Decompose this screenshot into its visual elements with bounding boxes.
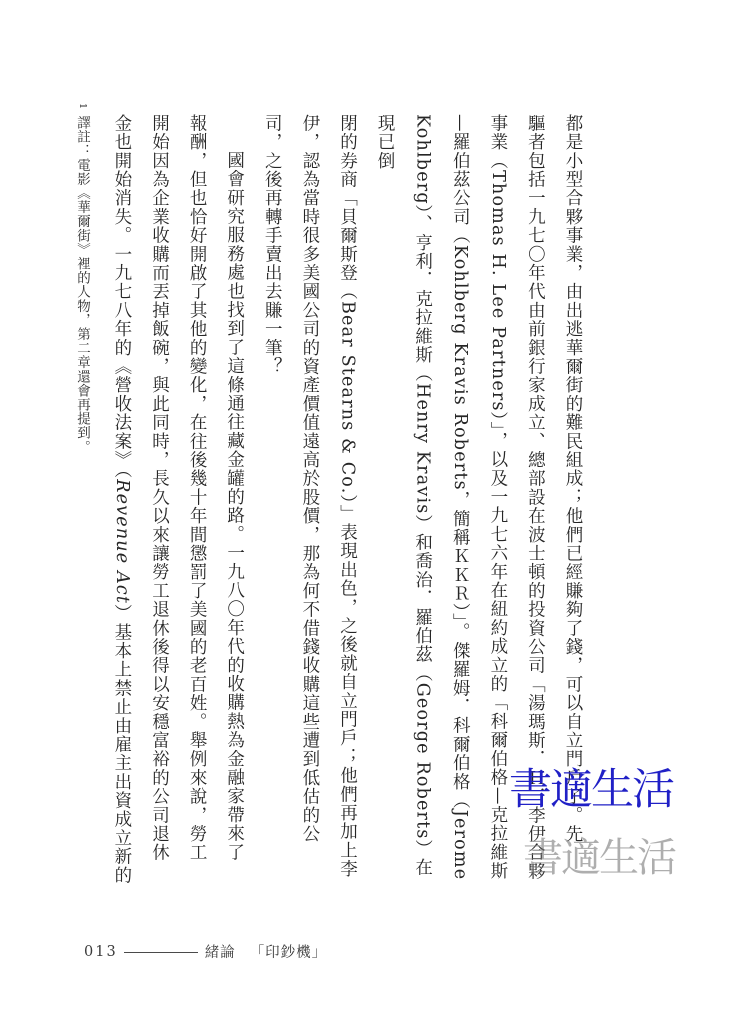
text-column: 事業（Thomas H. Lee Partners）」，以及一九七六年在紐約成立… (478, 114, 516, 889)
text-column: 驅者包括一九七〇年代由前銀行家成立、總部設在波士頓的投資公司「湯瑪斯．Ｈ．李伊合… (516, 114, 554, 889)
footer-rule (124, 952, 198, 953)
text-run: 報酬，但也恰好開啟了其他的變化，在往後幾十年間懲罰了美國的老百姓。舉例來說，勞工 (187, 114, 207, 862)
text-column: 司，之後再轉手賣出去賺一筆？ (253, 114, 291, 889)
text-run: 驅者包括一九七〇年代由前銀行家成立、總部設在波士頓的投資公司「湯瑪斯．Ｈ．李伊合… (525, 114, 545, 881)
text-column: 伊，認為當時很多美國公司的資產價值遠高於股價，那為何不借錢收購這些遭到低估的公 (290, 114, 328, 889)
footnote-text: 譯註：電影《華爾街》裡的人物，第二章還會再提到。 (74, 116, 90, 454)
text-run: 事業（Thomas H. Lee Partners）」，以及一九七六年在紐約成立… (488, 114, 508, 880)
page-number: 013 (84, 944, 118, 960)
text-column: 金也開始消失。一九七八年的《營收法案》（Revenue Act）基本上禁止由雇主… (102, 114, 140, 889)
text-run: Kohlberg）、亨利．克拉維斯（Henry Kravis）和喬治．羅伯茲（G… (375, 114, 433, 877)
text-run: 都是小型合夥事業，由出逃華爾街的難民組成；他們已經賺夠了錢，可以自立門戶了。先 (563, 114, 583, 843)
text-run: 伊，認為當時很多美國公司的資產價值遠高於股價，那為何不借錢收購這些遭到低估的公 (300, 114, 320, 843)
text-run: ）基本上禁止由雇主出資成立新的 (112, 604, 132, 885)
text-column: —羅伯茲公司（Kohlberg Kravis Roberts，簡稱ＫＫＲ）」。傑… (441, 114, 479, 889)
text-column: Kohlberg）、亨利．克拉維斯（Henry Kravis）和喬治．羅伯茲（G… (365, 114, 440, 889)
text-column: 都是小型合夥事業，由出逃華爾街的難民組成；他們已經賺夠了錢，可以自立門戶了。先 (553, 114, 591, 889)
text-column: 報酬，但也恰好開啟了其他的變化，在往後幾十年間懲罰了美國的老百姓。舉例來說，勞工 (177, 114, 215, 889)
chapter-title: 「印鈔機」 (250, 941, 328, 962)
page-footer: 013 緒論 「印鈔機」 (84, 941, 327, 962)
text-column: 國會研究服務處也找到了這條通往藏金罐的路。一九八〇年代的收購熱為金融家帶來了 (215, 114, 253, 889)
text-run: 開始因為企業收購而丟掉飯碗，與此同時，長久以來讓勞工退休後得以安穩富裕的公司退休 (149, 114, 169, 862)
main-text-block: 都是小型合夥事業，由出逃華爾街的難民組成；他們已經賺夠了錢，可以自立門戶了。先驅… (102, 114, 591, 889)
text-run: 國會研究服務處也找到了這條通往藏金罐的路。一九八〇年代的收購熱為金融家帶來了 (225, 151, 245, 862)
italic-run: Revenue Act (112, 479, 132, 604)
text-run: 金也開始消失。一九七八年的《營收法案》（ (112, 114, 132, 479)
text-run: —羅伯茲公司（Kohlberg Kravis Roberts，簡稱ＫＫＲ）」。傑… (450, 114, 470, 880)
text-column: 閉的券商「貝爾斯登（Bear Stearns & Co.）」表現出色，之後就自立… (328, 114, 366, 889)
book-page: { "page": { "columns": [ {"runs":[{"t":"… (0, 0, 729, 1034)
text-column: 開始因為企業收購而丟掉飯碗，與此同時，長久以來讓勞工退休後得以安穩富裕的公司退休 (140, 114, 178, 889)
footnote-marker: 1 (77, 103, 88, 116)
section-title: 緒論 (205, 941, 236, 962)
text-run: 閉的券商「貝爾斯登（Bear Stearns & Co.）」表現出色，之後就自立… (337, 114, 357, 878)
translator-footnote: 1譯註：電影《華爾街》裡的人物，第二章還會再提到。 (72, 103, 92, 523)
text-run: 司，之後再轉手賣出去賺一筆？ (262, 114, 282, 376)
